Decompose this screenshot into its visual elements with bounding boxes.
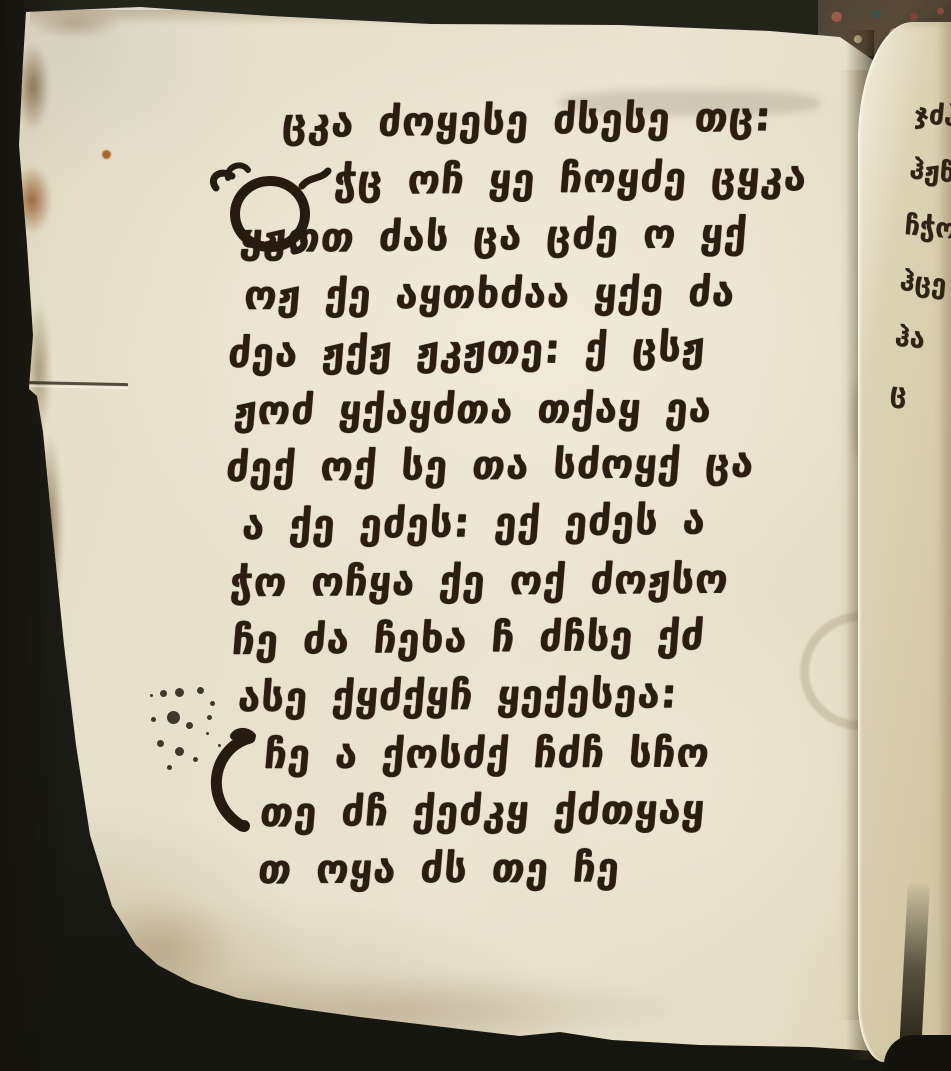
manuscript-line: ასე ქყძქყჩ ყექესეა:: [236, 664, 874, 727]
facing-page-text-fragment: ჰა: [892, 309, 949, 369]
manuscript-line: ა ქე ეძეს: ექ ეძეს ა: [240, 490, 874, 555]
initial-crescent: [200, 726, 264, 842]
facing-page-text-fragment: ჰჟწ: [907, 142, 951, 202]
margin-ink-dots: [160, 690, 167, 697]
rust-speck: [102, 150, 111, 159]
manuscript-photo: ჯძჰ ჰჟწ ჩჭო ჰცე ჰა ც: [0, 0, 951, 1071]
facing-page-text-fragment: ჩჭო: [902, 198, 951, 258]
manuscript-line: ოჟ ქე აყთხძაა ყქე ძა: [242, 264, 875, 326]
bottom-left-discoloration: [90, 898, 230, 998]
manuscript-line: ჩე ა ქოსძქ ჩძჩ სჩო: [262, 725, 875, 785]
bottom-discoloration: [120, 975, 680, 1045]
manuscript-line: ჟოძ ყქაყძთა თქაყ ეა: [232, 380, 875, 441]
manuscript-page: ცკა ძოყესე ძსესე თც: ჭც ოჩ ყე ჩოყძე ცყკა…: [0, 0, 951, 1071]
manuscript-line: ძეა ჟქჟ ჟკჟთე: ქ ცსჟ: [226, 317, 874, 383]
facing-page-text-column: ჯძჰ ჰჟწ ჩჭო ჰცე ჰა ც: [887, 86, 951, 425]
top-edge-shading: [30, 10, 835, 26]
manuscript-line: ძექ ოქ სე თა სძოყქ ცა: [224, 435, 874, 498]
facing-page-text-fragment: ჯძჰ: [912, 86, 951, 146]
manuscript-line: თ ოყა ძს თე ჩე: [256, 839, 875, 900]
manuscript-line: ჭც ოჩ ყე ჩოყძე ცყკა: [332, 149, 874, 211]
manuscript-line: ჩე ძა ჩეხა ჩ ძჩსე ქძ: [230, 606, 874, 670]
manuscript-line: თე ძჩ ქეძკყ ქძთყაყ: [258, 780, 875, 842]
facing-page-text-fragment: ჰცე: [897, 254, 951, 314]
facing-page-text-fragment: ც: [887, 365, 944, 425]
manuscript-line: ცკა ძოყესე ძსესე თც:: [280, 88, 874, 154]
manuscript-line: ჭო ოჩყა ქე ოქ ძოჟსო: [228, 551, 875, 613]
facing-page-edge: ჯძჰ ჰჟწ ჩჭო ჰცე ჰა ც: [858, 22, 951, 1062]
illuminated-initial-round: [204, 156, 336, 258]
